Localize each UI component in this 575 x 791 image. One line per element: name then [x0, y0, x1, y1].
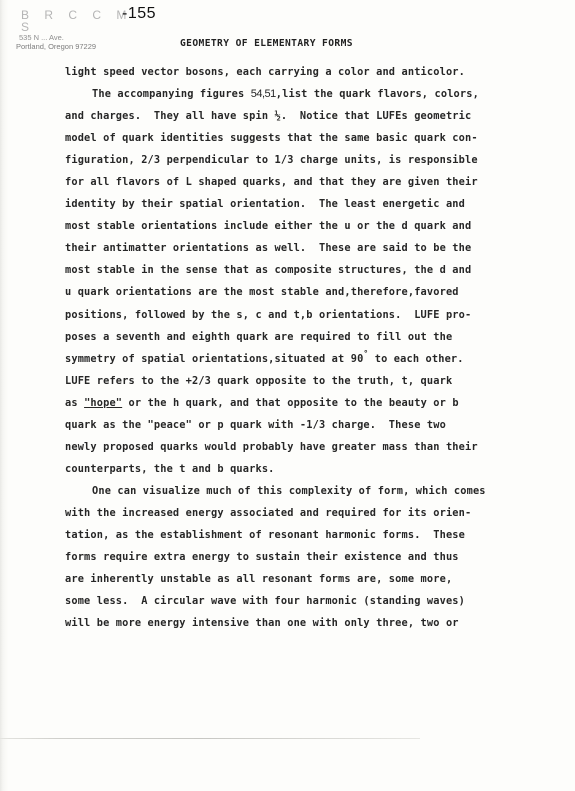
stamp-street: 535 N ... Ave. — [19, 33, 147, 42]
text-line: counterparts, the t and b quarks. — [65, 458, 565, 480]
body-text: light speed vector bosons, each carrying… — [65, 61, 565, 634]
page-title: GEOMETRY OF ELEMENTARY FORMS — [180, 38, 353, 49]
text-line: quark as the "peace" or p quark with -1/… — [65, 414, 565, 436]
text-line: and charges. They all have spin ½. Notic… — [65, 105, 565, 127]
text-line: most stable orientations include either … — [65, 215, 565, 237]
text-line: figuration, 2/3 perpendicular to 1/3 cha… — [65, 149, 565, 171]
text-line: positions, followed by the s, c and t,b … — [65, 304, 565, 326]
text-line: light speed vector bosons, each carrying… — [65, 61, 565, 83]
scan-edge-line — [0, 738, 420, 739]
text-line: One can visualize much of this complexit… — [65, 480, 565, 502]
text-fragment: symmetry of spatial orientations,situate… — [65, 353, 363, 365]
text-fragment: to each other. — [368, 353, 463, 365]
text-line: will be more energy intensive than one w… — [65, 612, 565, 634]
text-line: LUFE refers to the +2/3 quark opposite t… — [65, 370, 565, 392]
text-line: are inherently unstable as all resonant … — [65, 568, 565, 590]
underlined-word: "hope" — [84, 397, 122, 409]
text-line: identity by their spatial orientation. T… — [65, 193, 565, 215]
text-line: poses a seventh and eighth quark are req… — [65, 326, 565, 348]
handwritten-page-number: -155 — [122, 5, 156, 23]
text-fragment: or the h quark, and that opposite to the… — [122, 397, 459, 409]
document-page: B R C C M S 535 N ... Ave. Portland, Ore… — [0, 0, 575, 791]
stamp-city: Portland, Oregon 97229 — [16, 42, 147, 52]
degree-symbol: ° — [363, 349, 368, 358]
text-fragment: as — [65, 397, 84, 409]
text-line: symmetry of spatial orientations,situate… — [65, 348, 565, 370]
text-line: some less. A circular wave with four har… — [65, 590, 565, 612]
text-line: newly proposed quarks would probably hav… — [65, 436, 565, 458]
text-line: u quark orientations are the most stable… — [65, 281, 565, 303]
text-fragment: ,list the quark flavors, colors, — [276, 88, 479, 100]
text-line: model of quark identities suggests that … — [65, 127, 565, 149]
text-line: their antimatter orientations as well. T… — [65, 237, 565, 259]
text-line: with the increased energy associated and… — [65, 502, 565, 524]
handwritten-figure-numbers: 54,51 — [251, 88, 276, 100]
text-line: most stable in the sense that as composi… — [65, 259, 565, 281]
text-line: for all flavors of L shaped quarks, and … — [65, 171, 565, 193]
text-line: tation, as the establishment of resonant… — [65, 524, 565, 546]
text-line: forms require extra energy to sustain th… — [65, 546, 565, 568]
text-fragment: The accompanying figures — [92, 88, 251, 100]
text-line: The accompanying figures 54,51,list the … — [65, 83, 565, 105]
text-line: as "hope" or the h quark, and that oppos… — [65, 392, 565, 414]
